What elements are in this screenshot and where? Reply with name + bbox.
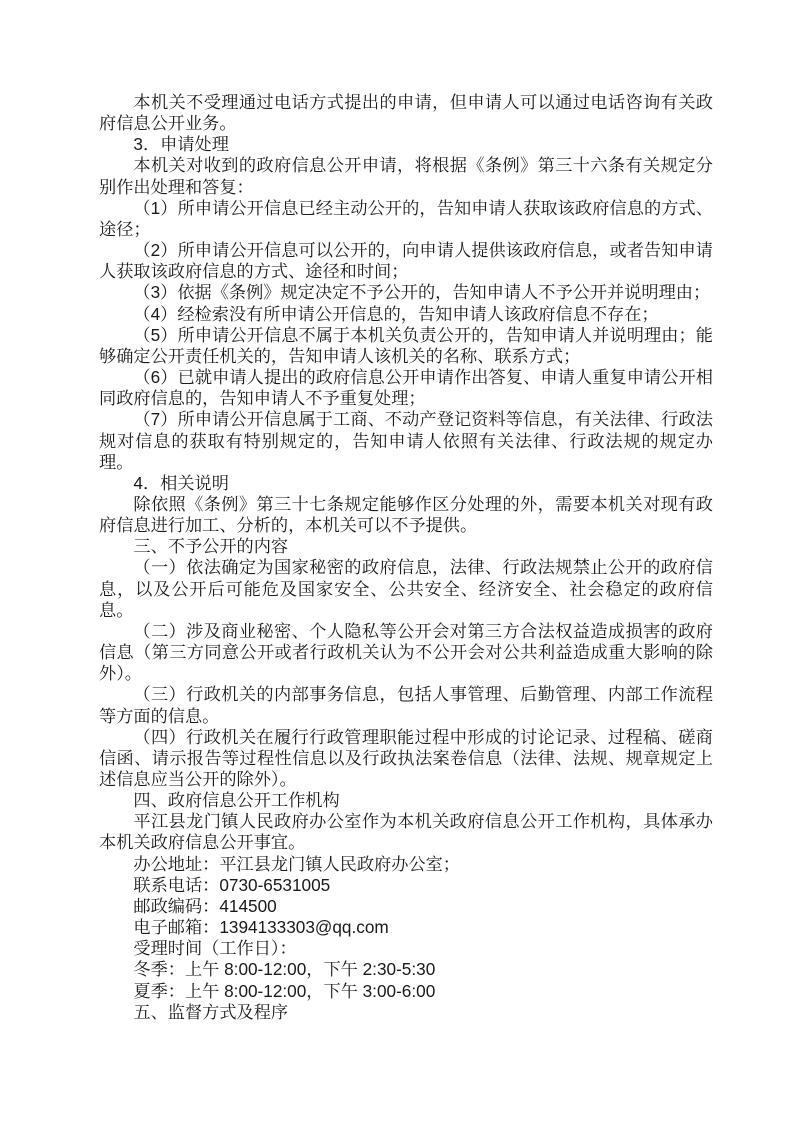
paragraph-18: 四、政府信息公开工作机构: [99, 790, 713, 811]
paragraph-7: （4）经检索没有所申请公开信息的，告知申请人该政府信息不存在；: [99, 304, 713, 325]
paragraph-22: 邮政编码：414500: [99, 896, 713, 917]
paragraph-2: 3．申请处理: [99, 134, 713, 155]
paragraph-12: 除依照《条例》第三十七条规定能够作区分处理的外，需要本机关对现有政府信息进行加工…: [99, 494, 713, 536]
paragraph-10: （7）所申请公开信息属于工商、不动产登记资料等信息，有关法律、行政法规对信息的获…: [99, 409, 713, 472]
paragraph-5: （2）所申请公开信息可以公开的，向申请人提供该政府信息，或者告知申请人获取该政府…: [99, 240, 713, 282]
paragraph-20: 办公地址：平江县龙门镇人民政府办公室；: [99, 854, 713, 875]
paragraph-25: 冬季：上午 8:00-12:00，下午 2:30-5:30: [99, 959, 713, 980]
paragraph-1: 本机关不受理通过电话方式提出的申请，但申请人可以通过电话咨询有关政府信息公开业务…: [99, 92, 713, 134]
paragraph-23: 电子邮箱：1394133303@qq.com: [99, 917, 713, 938]
paragraph-27: 五、监督方式及程序: [99, 1002, 713, 1023]
paragraph-3: 本机关对收到的政府信息公开申请，将根据《条例》第三十六条有关规定分别作出处理和答…: [99, 155, 713, 197]
paragraph-9: （6）已就申请人提出的政府信息公开申请作出答复、申请人重复申请公开相同政府信息的…: [99, 367, 713, 409]
paragraph-13: 三、不予公开的内容: [99, 536, 713, 557]
paragraph-14: （一）依法确定为国家秘密的政府信息，法律、行政法规禁止公开的政府信息，以及公开后…: [99, 557, 713, 620]
paragraph-17: （四）行政机关在履行行政管理职能过程中形成的讨论记录、过程稿、磋商信函、请示报告…: [99, 727, 713, 790]
document-page: 本机关不受理通过电话方式提出的申请，但申请人可以通过电话咨询有关政府信息公开业务…: [0, 0, 793, 1122]
paragraph-8: （5）所申请公开信息不属于本机关负责公开的，告知申请人并说明理由；能够确定公开责…: [99, 325, 713, 367]
paragraph-16: （三）行政机关的内部事务信息，包括人事管理、后勤管理、内部工作流程等方面的信息。: [99, 684, 713, 726]
paragraph-26: 夏季：上午 8:00-12:00，下午 3:00-6:00: [99, 981, 713, 1002]
paragraph-21: 联系电话：0730-6531005: [99, 875, 713, 896]
paragraph-15: （二）涉及商业秘密、个人隐私等公开会对第三方合法权益造成损害的政府信息（第三方同…: [99, 621, 713, 684]
document-body: 本机关不受理通过电话方式提出的申请，但申请人可以通过电话咨询有关政府信息公开业务…: [99, 92, 713, 1023]
paragraph-6: （3）依据《条例》规定决定不予公开的，告知申请人不予公开并说明理由；: [99, 282, 713, 303]
paragraph-11: 4．相关说明: [99, 473, 713, 494]
paragraph-19: 平江县龙门镇人民政府办公室作为本机关政府信息公开工作机构，具体承办本机关政府信息…: [99, 811, 713, 853]
paragraph-4: （1）所申请公开信息已经主动公开的，告知申请人获取该政府信息的方式、途径；: [99, 198, 713, 240]
paragraph-24: 受理时间（工作日）：: [99, 938, 713, 959]
